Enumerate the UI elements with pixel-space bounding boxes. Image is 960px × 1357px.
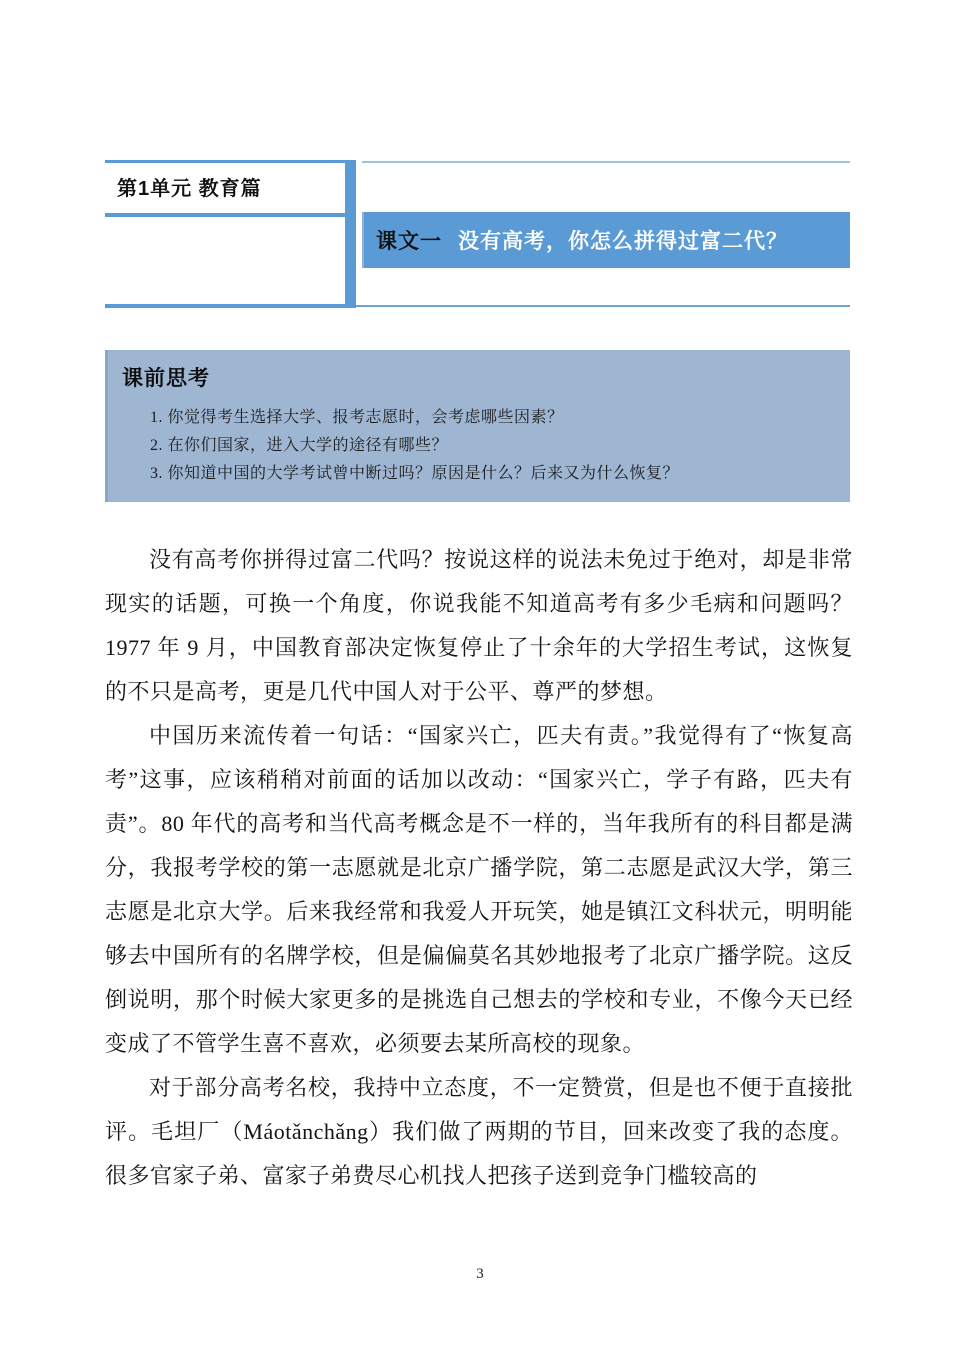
article-paragraph: 没有高考你拼得过富二代吗？按说这样的说法未免过于绝对，却是非常现实的话题，可换一…	[105, 538, 853, 714]
page-number: 3	[0, 1266, 960, 1283]
header-bottom-rule-right	[356, 305, 850, 307]
article-paragraph: 对于部分高考名校，我持中立态度，不一定赞赏，但是也不便于直接批评。毛坦厂（Máo…	[105, 1066, 853, 1198]
header-bottom-rule-left	[105, 304, 356, 308]
article-body: 没有高考你拼得过富二代吗？按说这样的说法未免过于绝对，却是非常现实的话题，可换一…	[105, 538, 853, 1198]
article-paragraph: 中国历来流传着一句话：“国家兴亡，匹夫有责。”我觉得有了“恢复高考”这事，应该稍…	[105, 714, 853, 1066]
pre-class-panel: 课前思考 1. 你觉得考生选择大学、报考志愿时，会考虑哪些因素？ 2. 在你们国…	[105, 350, 850, 502]
lesson-label: 课文一	[376, 225, 442, 255]
lesson-title: 没有高考，你怎么拼得过富二代？	[458, 225, 788, 255]
header-top-rule-left	[105, 160, 356, 163]
question-item: 3. 你知道中国的大学考试曾中断过吗？原因是什么？后来又为什么恢复？	[150, 460, 850, 488]
header-vertical-bar	[345, 160, 356, 308]
question-item: 2. 在你们国家，进入大学的途径有哪些？	[150, 432, 850, 460]
textbook-page: 第1单元 教育篇 课文一 没有高考，你怎么拼得过富二代？ 课前思考 1. 你觉得…	[0, 0, 960, 1357]
header-top-rule-right	[362, 161, 850, 163]
lesson-banner: 课文一 没有高考，你怎么拼得过富二代？	[362, 212, 850, 268]
question-list: 1. 你觉得考生选择大学、报考志愿时，会考虑哪些因素？ 2. 在你们国家，进入大…	[150, 404, 850, 488]
pre-class-panel-title: 课前思考	[122, 362, 850, 392]
header-mid-rule	[105, 213, 356, 217]
question-item: 1. 你觉得考生选择大学、报考志愿时，会考虑哪些因素？	[150, 404, 850, 432]
unit-title: 第1单元 教育篇	[117, 172, 347, 201]
